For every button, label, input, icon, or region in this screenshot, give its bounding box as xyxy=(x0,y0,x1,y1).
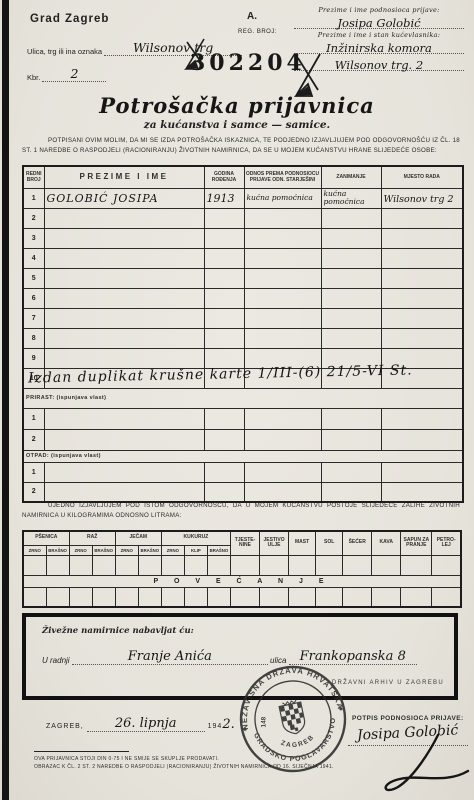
row-number: 2 xyxy=(23,208,44,228)
city-heading: Grad Zagreb xyxy=(30,13,109,25)
group-raz: RAŽ xyxy=(69,531,115,545)
date-line: ZAGREB, 26. lipnja 1942. xyxy=(46,716,235,732)
house-number-field: Kbr. 2 xyxy=(27,66,106,82)
prirast-band: PRIRAST: (ispunjava vlast) xyxy=(23,388,463,408)
shop-label: U radnji xyxy=(42,656,70,665)
owner-value-2-handwritten: Wilsonov trg. 2 xyxy=(335,58,423,72)
sub-brasno: BRAŠNO xyxy=(92,545,115,555)
kbr-value-handwritten: 2 xyxy=(70,66,78,81)
povecanje-band: P O V E Ć A N J E xyxy=(23,575,461,587)
row-number: 8 xyxy=(23,328,44,348)
povecanje-label: P O V E Ć A N J E xyxy=(23,575,461,587)
group-jecam: JEČAM xyxy=(115,531,161,545)
year-written-handwritten: 2. xyxy=(222,717,234,732)
name-handwritten: GOLOBIĆ JOSIPA xyxy=(47,192,159,205)
group-sapun: SAPUN ZA PRANJE xyxy=(401,531,432,555)
form-title: Potrošačka prijavnica xyxy=(0,93,474,118)
row-number: 1 xyxy=(23,408,44,429)
otpad-band: OTPAD: (ispunjava vlast) xyxy=(23,450,463,462)
kbr-label: Kbr. xyxy=(27,73,40,82)
applicant-line: Josipa Golobić xyxy=(294,14,464,29)
stamp-coat-of-arms xyxy=(278,699,306,736)
shop-dotted-line: Franje Anića xyxy=(72,649,268,665)
otpad-label: OTPAD: (ispunjava vlast) xyxy=(23,450,463,462)
prirast-row: 2 xyxy=(23,429,463,450)
row-number: 2 xyxy=(23,482,44,502)
sub-zrno: ZRNO xyxy=(115,545,138,555)
group-secer: ŠEĆER xyxy=(343,531,372,555)
person-row: 7 xyxy=(23,308,463,328)
footer-rule xyxy=(34,751,129,752)
supplies-empty-row xyxy=(23,555,461,575)
form-title-block: Potrošačka prijavnica za kućanstva i sam… xyxy=(0,93,474,131)
year-handwritten: 1913 xyxy=(207,192,235,205)
prirast-row: 1 xyxy=(23,408,463,429)
purchase-intro: Živežne namirnice nabavljat ću: xyxy=(42,626,194,636)
shop-value-handwritten: Franje Anića xyxy=(128,649,212,664)
persons-header-row: REDNI BROJ PREZIME I IME GODINA ROĐENJA … xyxy=(23,166,463,188)
col-header-zanimanje: ZANIMANJE xyxy=(321,166,381,188)
row-number: 9 xyxy=(23,348,44,368)
scanned-form-page: Grad Zagreb Ulica, trg ili ina oznaka Wi… xyxy=(0,0,474,800)
row-number: 5 xyxy=(23,268,44,288)
person-row: 4 xyxy=(23,248,463,268)
person-row: 3 xyxy=(23,228,463,248)
relation-handwritten: kućna pomoćnica xyxy=(247,194,319,202)
person-row: 6 xyxy=(23,288,463,308)
supplies-empty-row xyxy=(23,587,461,607)
otpad-row: 2 xyxy=(23,482,463,502)
sub-zrno: ZRNO xyxy=(161,545,184,555)
col-header-prezime-ime: PREZIME I IME xyxy=(44,166,204,188)
kbr-dotted-line: 2 xyxy=(42,66,106,82)
person-row: 2 xyxy=(23,208,463,228)
official-stamp-icon: NEZAVISNA DRŽAVA HRVATSKA GRADSKO POGLAV… xyxy=(225,651,360,786)
applicant-value-handwritten: Josipa Golobić xyxy=(337,16,420,30)
archive-note: DRŽAVNI ARHIV U ZAGREBU xyxy=(332,680,444,686)
stamp-number: 148 xyxy=(261,716,268,727)
owner-value-1-handwritten: Inžinirska komora xyxy=(326,41,432,55)
persons-table: REDNI BROJ PREZIME I IME GODINA ROĐENJA … xyxy=(22,165,464,503)
reg-number-stamped: 302204 xyxy=(190,50,306,76)
person-row: 1 GOLOBIĆ JOSIPA 1913 kućna pomoćnica ku… xyxy=(23,188,463,208)
row-number: 1 xyxy=(23,462,44,482)
occupation-handwritten: kućna pomoćnica xyxy=(324,190,379,207)
col-header-odnos: ODNOS PREMA PODNOSIOCU PRIJAVE ODN. STAR… xyxy=(244,166,321,188)
row-number: 7 xyxy=(23,308,44,328)
row-number: 2 xyxy=(23,429,44,450)
otpad-row: 1 xyxy=(23,462,463,482)
year-printed: 194 xyxy=(208,723,223,730)
supplies-group-header-row: PŠENICA RAŽ JEČAM KUKURUZ TJESTE­NINE JE… xyxy=(23,531,461,545)
col-header-redni-broj: REDNI BROJ xyxy=(23,166,44,188)
group-tjestenine: TJESTE­NINE xyxy=(230,531,259,555)
row-number: 1 xyxy=(23,188,44,208)
purchase-shop-line: U radnji Franje Anića ulica Frankopanska… xyxy=(42,649,417,665)
crossout-mark-icon xyxy=(183,36,207,77)
col-header-godina: GODINA ROĐENJA xyxy=(204,166,244,188)
reg-number-label: REG. BROJ: xyxy=(238,29,277,35)
person-row: 8 xyxy=(23,328,463,348)
declaration-paragraph-1: POTPISANI OVIM MOLIM, DA MI SE IZDA POTR… xyxy=(22,136,460,156)
date-value-handwritten: 26. lipnja xyxy=(115,716,177,731)
signature-flourish-icon xyxy=(372,733,472,800)
owner-label: Prezime i ime i stan kućevlasnika: xyxy=(294,31,464,39)
sub-brasno: BRAŠNO xyxy=(46,545,69,555)
signature-label: POTPIS PODNOSIOCA PRIJAVE: xyxy=(352,715,464,722)
applicant-label: Prezime i ime podnosioca prijave: xyxy=(294,6,464,14)
sub-zrno: ZRNO xyxy=(69,545,92,555)
sub-klip: KLIP xyxy=(184,545,207,555)
col-header-mjesto-rada: MJESTO RADA xyxy=(381,166,463,188)
date-dotted-line: 26. lipnja xyxy=(87,716,205,732)
prirast-label: PRIRAST: (ispunjava vlast) xyxy=(23,388,463,408)
group-psenica: PŠENICA xyxy=(23,531,69,545)
street-label: Ulica, trg ili ina oznaka xyxy=(27,47,102,56)
sub-zrno: ZRNO xyxy=(23,545,46,555)
row-number: 6 xyxy=(23,288,44,308)
sub-brasno: BRAŠNO xyxy=(138,545,161,555)
form-subtitle: za kućanstva i samce — samice. xyxy=(0,119,474,131)
group-petrolej: PETRO­LEJ xyxy=(432,531,461,555)
declaration-paragraph-2: UJEDNO IZJAVLJUJEM POD ISTOM ODGOVORNOŠĆ… xyxy=(22,501,460,521)
workplace-handwritten: Wilsonov trg 2 xyxy=(384,194,454,205)
section-letter: A. xyxy=(247,11,257,22)
group-kava: KAVA xyxy=(372,531,401,555)
city-date-label: ZAGREB, xyxy=(46,723,84,730)
group-kukuruz: KUKURUZ xyxy=(161,531,230,545)
group-mast: MAST xyxy=(289,531,316,555)
group-jestivo-ulje: JESTIVO ULJE xyxy=(260,531,289,555)
row-number: 3 xyxy=(23,228,44,248)
group-sol: SOL xyxy=(316,531,343,555)
row-number: 4 xyxy=(23,248,44,268)
person-row: 5 xyxy=(23,268,463,288)
sub-brasno: BRAŠNO xyxy=(207,545,230,555)
supplies-table: PŠENICA RAŽ JEČAM KUKURUZ TJESTE­NINE JE… xyxy=(22,530,462,608)
